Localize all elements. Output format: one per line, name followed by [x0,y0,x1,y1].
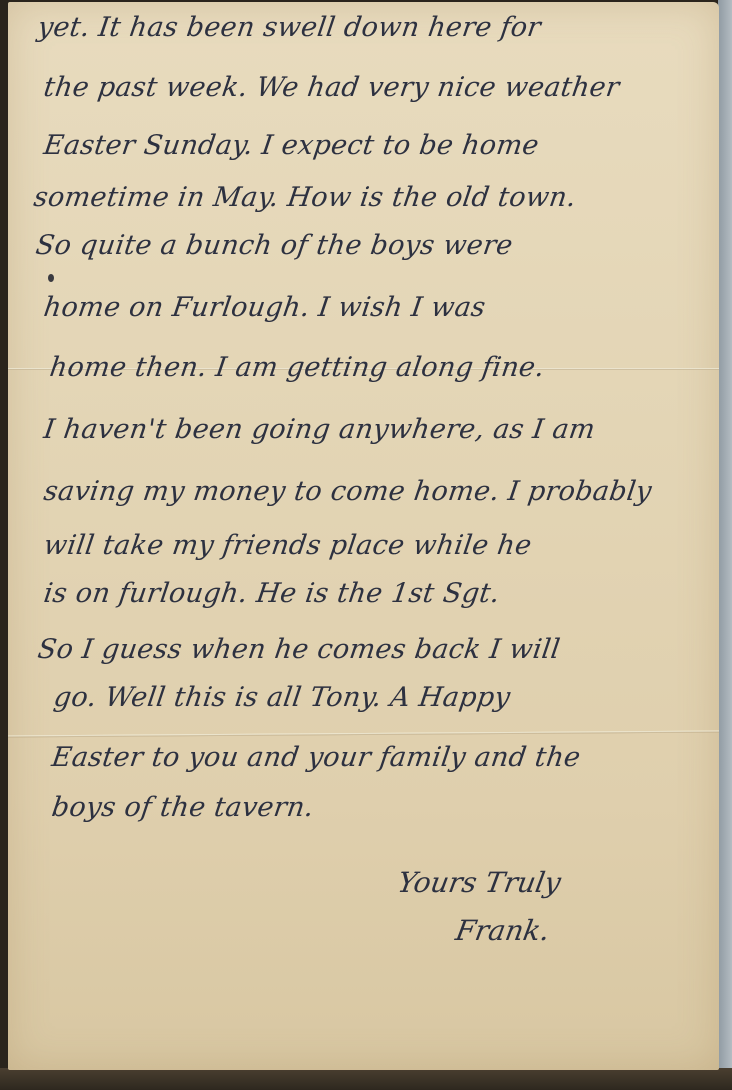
scan-backdrop-bottom [0,1068,732,1090]
ink-blot [48,274,54,282]
letter-line: So I guess when he comes back I will [36,634,562,665]
letter-line: is on furlough. He is the 1st Sgt. [42,578,502,609]
letter-closing: Yours Truly [395,866,563,899]
letter-signature: Frank. [453,914,552,947]
fold-crease [8,731,719,738]
letter-line: sometime in May. How is the old town. [32,182,578,213]
scan-backdrop-right [718,0,732,1090]
letter-line: I haven't been going anywhere, as I am [42,414,597,445]
letter-line: yet. It has been swell down here for [36,12,543,43]
letter-line: So quite a bunch of the boys were [34,230,515,261]
letter-line: will take my friends place while he [42,530,534,561]
letter-line: go. Well this is all Tony. A Happy [52,682,512,713]
letter-line: home on Furlough. I wish I was [42,292,488,323]
letter-page: yet. It has been swell down here for the… [8,2,719,1070]
letter-line: home then. I am getting along fine. [48,352,547,383]
letter-line: saving my money to come home. I probably [42,476,654,507]
letter-line: Easter to you and your family and the [50,742,583,773]
letter-line: the past week. We had very nice weather [42,72,622,103]
letter-line: boys of the tavern. [50,792,316,823]
letter-line: Easter Sunday. I expect to be home [42,130,541,161]
